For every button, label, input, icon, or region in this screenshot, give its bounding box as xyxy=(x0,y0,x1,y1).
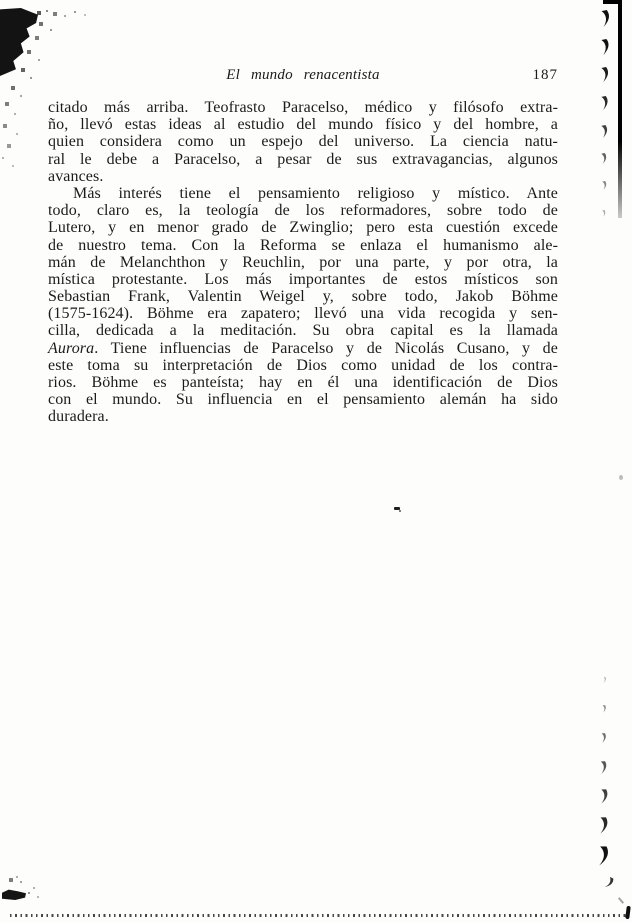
scan-comma-mark-icon xyxy=(601,39,610,55)
scan-comma-mark-icon xyxy=(601,96,609,110)
text-line: Sebastian Frank, Valentin Weigel y, sobr… xyxy=(48,288,558,305)
text-segment: este toma su interpretación de Dios como… xyxy=(48,357,558,374)
text-segment: duradera. xyxy=(48,408,109,425)
text-line: mán de Melanchthon y Reuchlin, por una p… xyxy=(48,254,558,271)
scan-dotted-tear-line xyxy=(10,914,626,917)
scan-speckle-bottom-left xyxy=(2,884,4,886)
scan-comma-mark-icon xyxy=(601,10,610,27)
scan-comma-mark-icon xyxy=(603,876,615,890)
text-line: Aurora. Tiene influencias de Paracelso y… xyxy=(48,340,558,357)
page-text: citado más arriba. Teofrasto Paracelso, … xyxy=(48,99,558,426)
scan-comma-mark-icon xyxy=(602,210,606,217)
scan-page-edge-line xyxy=(618,0,622,218)
text-line: Lutero, y en menor grado de Zwinglio; pe… xyxy=(48,219,558,236)
text-line: con el mundo. Su influencia en el pensam… xyxy=(48,391,558,408)
text-segment: quien considera como un espejo del unive… xyxy=(48,133,558,150)
scan-comma-mark-icon xyxy=(598,816,610,834)
text-line: duradera. xyxy=(48,408,558,425)
scan-page-edge-corner xyxy=(603,0,621,4)
italic-text-segment: Aurora xyxy=(48,340,94,357)
text-segment: (1575-1624). Böhme era zapatero; llevó u… xyxy=(48,305,558,322)
scan-dotted-line-end-mark xyxy=(625,906,631,919)
scan-speckle-top-left xyxy=(0,8,2,10)
text-line: (1575-1624). Böhme era zapatero; llevó u… xyxy=(48,305,558,322)
text-segment: ral le debe a Paracelso, a pesar de sus … xyxy=(48,151,558,168)
text-segment: cilla, dedicada a la meditación. Su obra… xyxy=(48,322,558,339)
text-segment: con el mundo. Su influencia en el pensam… xyxy=(48,391,558,408)
text-segment: . Tiene influencias de Paracelso y de Ni… xyxy=(94,340,558,357)
text-line: de nuestro tema. Con la Reforma se enlaz… xyxy=(48,237,558,254)
text-segment: de nuestro tema. Con la Reforma se enlaz… xyxy=(48,237,558,254)
text-line: cilla, dedicada a la meditación. Su obra… xyxy=(48,322,558,339)
text-line: ño, llevó estas ideas al estudio del mun… xyxy=(48,116,558,133)
book-page: El mundo renacentista 187 citado más arr… xyxy=(0,0,632,923)
text-line: todo, claro es, la teología de los refor… xyxy=(48,202,558,219)
scan-comma-mark-icon xyxy=(599,788,609,804)
scan-speck-middle-small xyxy=(399,510,401,512)
text-line: este toma su interpretación de Dios como… xyxy=(48,357,558,374)
scan-blob-bottom-left xyxy=(2,884,26,900)
text-line: avances. xyxy=(48,168,558,185)
scan-comma-mark-icon xyxy=(602,705,607,713)
text-line: Más interés tiene el pensamiento religio… xyxy=(48,185,558,202)
scan-comma-mark-icon xyxy=(601,67,609,82)
scan-comma-mark-icon xyxy=(601,153,607,164)
text-segment: ño, llevó estas ideas al estudio del mun… xyxy=(48,116,558,133)
text-segment: Lutero, y en menor grado de Zwinglio; pe… xyxy=(48,219,558,236)
scan-speck-right xyxy=(619,475,623,480)
running-header: El mundo renacentista 187 xyxy=(48,67,558,85)
text-segment: Más interés tiene el pensamiento religio… xyxy=(73,185,558,202)
scan-comma-mark-icon xyxy=(601,733,607,743)
text-segment: mán de Melanchthon y Reuchlin, por una p… xyxy=(48,254,558,271)
text-line: citado más arriba. Teofrasto Paracelso, … xyxy=(48,99,558,116)
scan-comma-mark-icon xyxy=(599,761,607,775)
text-line: quien considera como un espejo del unive… xyxy=(48,133,558,150)
running-header-title: El mundo renacentista xyxy=(48,67,558,84)
text-segment: Sebastian Frank, Valentin Weigel y, sobr… xyxy=(48,288,558,305)
scan-blob-top-left xyxy=(0,8,38,76)
text-line: rios. Böhme es panteísta; hay en él una … xyxy=(48,374,558,391)
scan-comma-mark-icon xyxy=(603,677,607,683)
page-number: 187 xyxy=(533,67,559,84)
text-segment: todo, claro es, la teología de los refor… xyxy=(48,202,558,219)
text-line: ral le debe a Paracelso, a pesar de sus … xyxy=(48,151,558,168)
text-segment: mística protestante. Los más importantes… xyxy=(48,271,558,288)
text-segment: citado más arriba. Teofrasto Paracelso, … xyxy=(48,99,558,116)
text-segment: rios. Böhme es panteísta; hay en él una … xyxy=(48,374,558,391)
text-segment: avances. xyxy=(48,168,103,185)
text-line: mística protestante. Los más importantes… xyxy=(48,271,558,288)
scan-comma-mark-icon xyxy=(602,181,607,190)
scan-tick-bottom-right xyxy=(618,897,624,904)
scan-comma-mark-icon xyxy=(601,125,608,138)
scan-comma-mark-icon xyxy=(596,845,610,867)
